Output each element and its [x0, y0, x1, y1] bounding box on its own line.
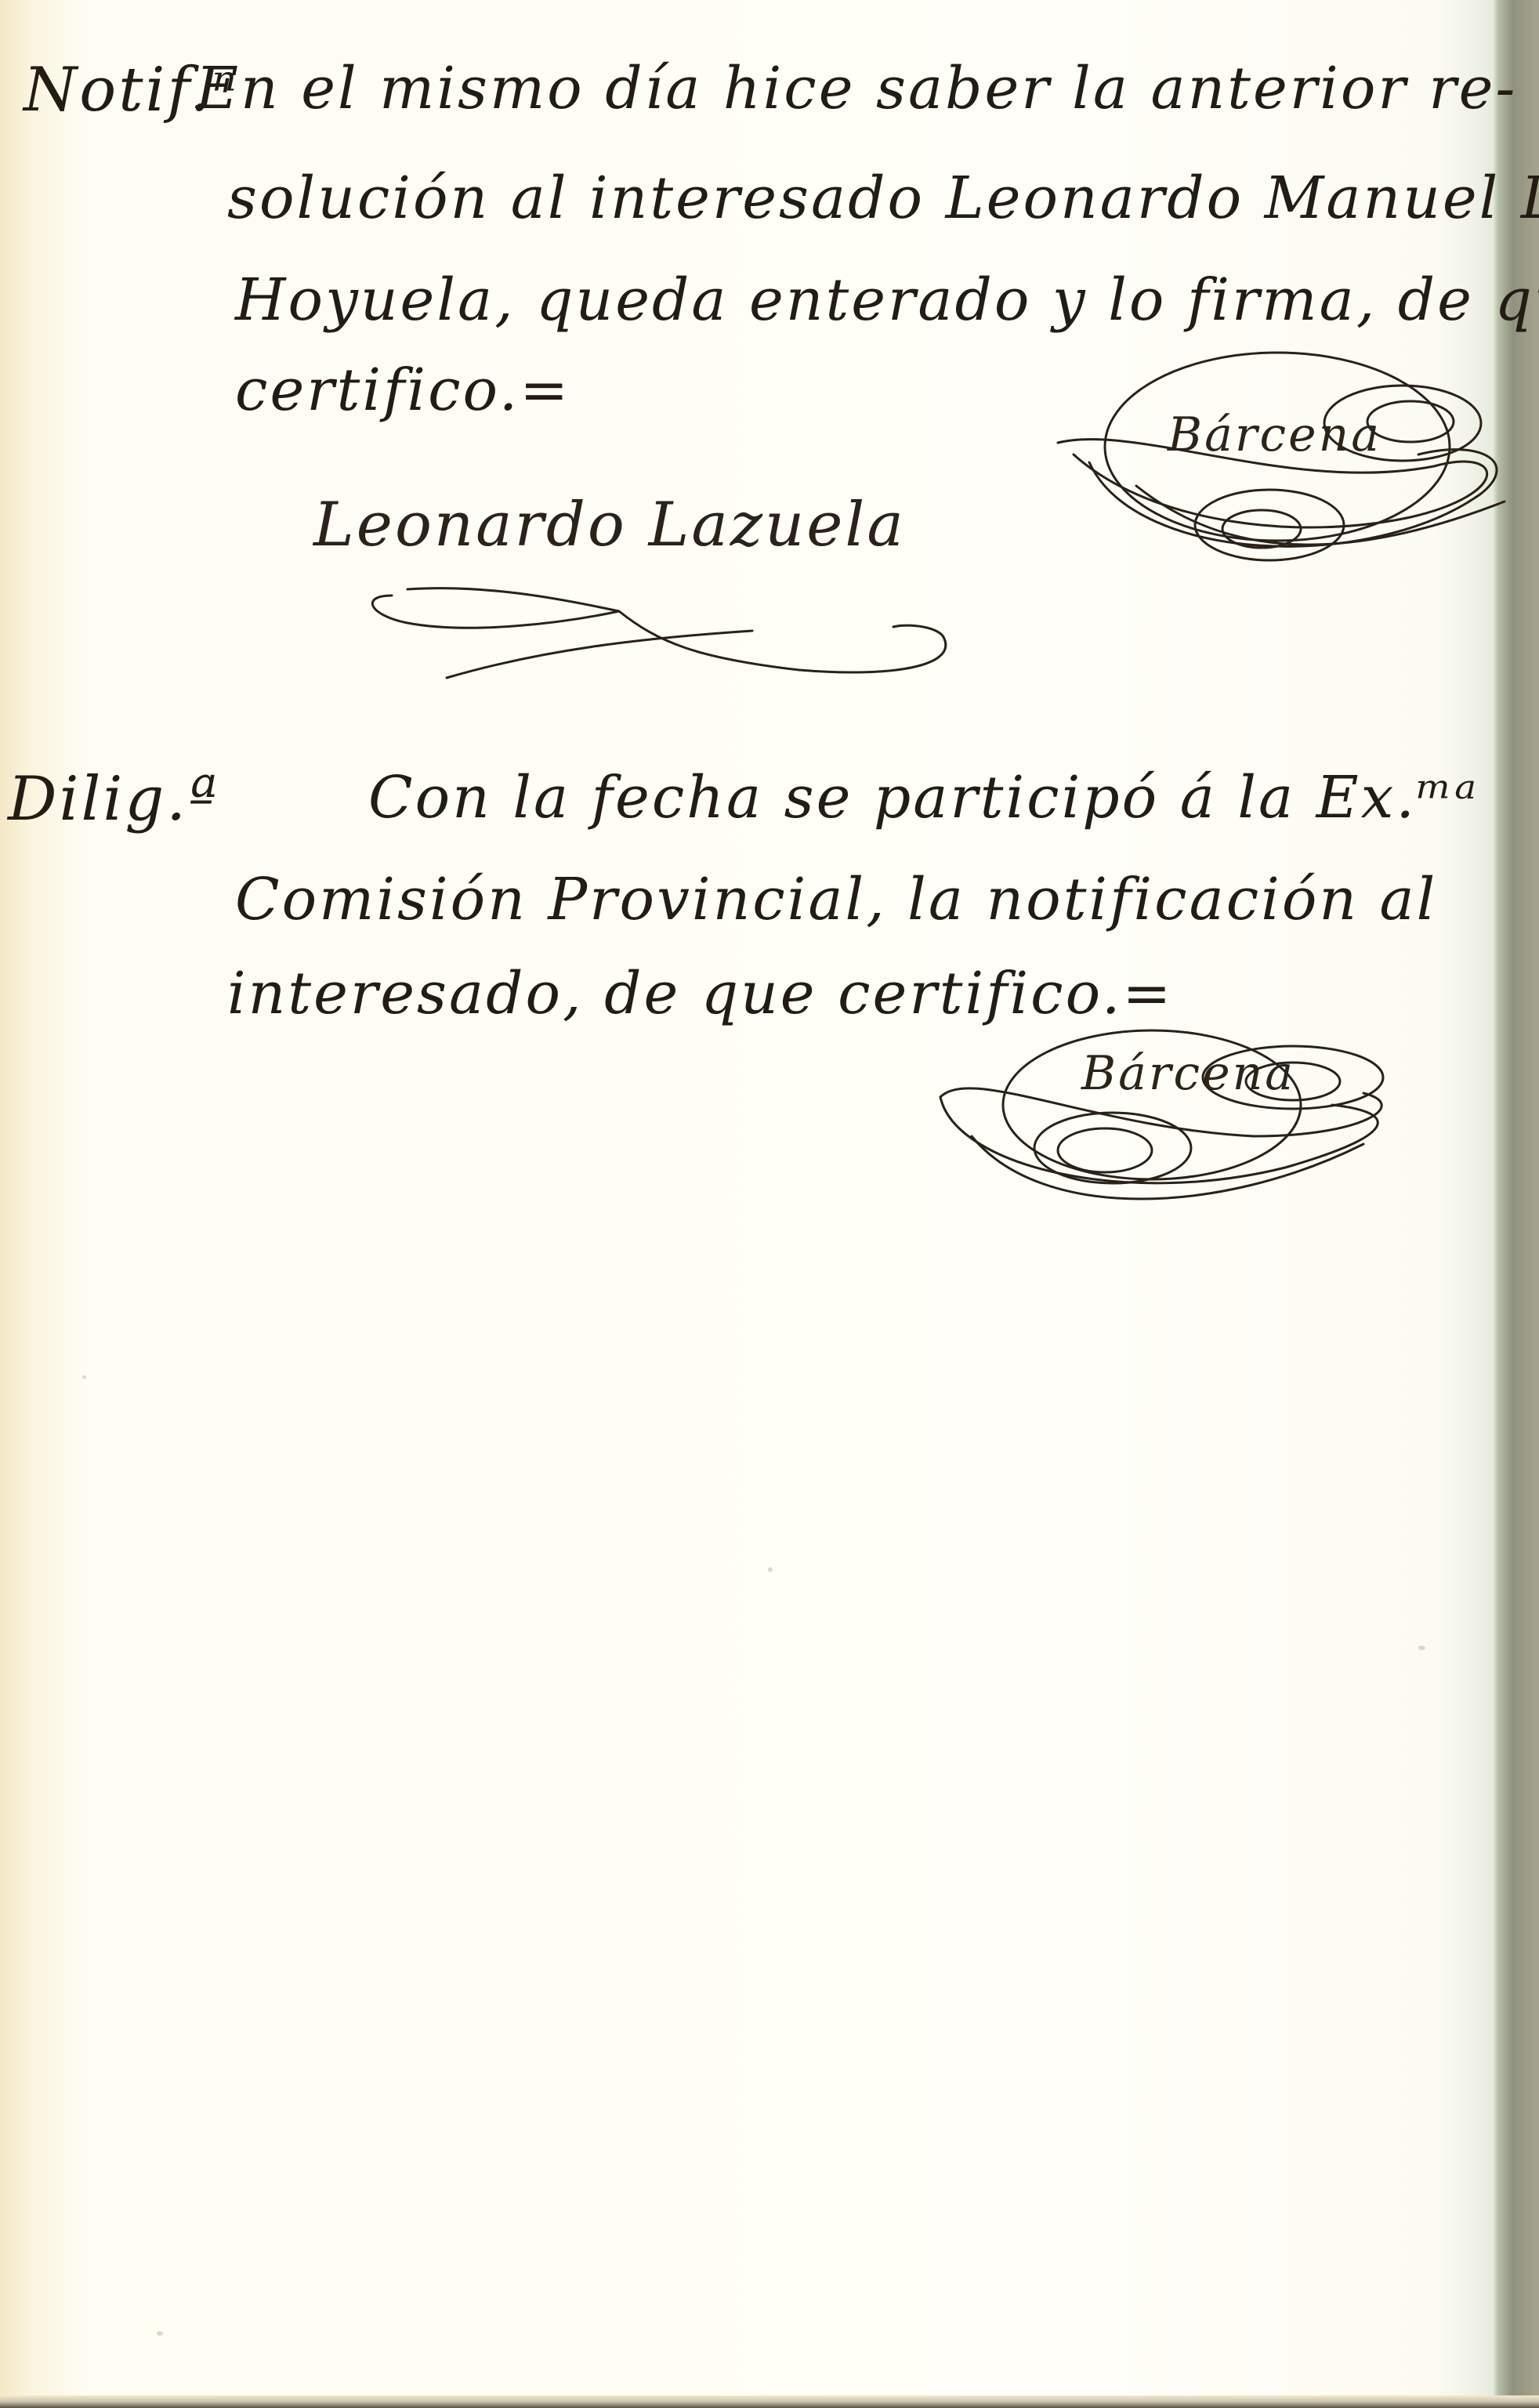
entry-1-line-2: solución al interesado Leonardo Manuel L…	[227, 165, 1539, 232]
entry-1-line-3: Hoyuela, queda enterado y lo firma, de q…	[235, 266, 1539, 334]
page-bottom-edge	[0, 2395, 1539, 2408]
entry-2-margin-label: Dilig.ª	[8, 764, 219, 835]
entry-1-line-1: En el mismo día hice saber la anterior r…	[196, 55, 1517, 122]
signature-underline-flourish-icon	[360, 580, 972, 690]
entry-2-line-2: Comisión Provincial, la notificación al	[235, 866, 1437, 933]
rubric-flourish-icon	[1042, 337, 1528, 603]
entry-1-line-4: certifico.=	[235, 357, 570, 424]
manuscript-page: Notif.ⁿ En el mismo día hice saber la an…	[0, 0, 1539, 2408]
paper-speck	[1418, 1646, 1425, 1650]
entry-2-line-3: interesado, de que certifico.=	[227, 960, 1173, 1027]
rubric-flourish-icon	[925, 1019, 1426, 1238]
entry-2-line-1: Con la fecha se participó á la Ex.ᵐᵃ	[368, 764, 1479, 831]
signature-name: Leonardo Lazuela	[313, 490, 906, 560]
paper-speck	[768, 1567, 773, 1572]
paper-speck	[157, 2331, 163, 2336]
paper-speck	[82, 1375, 86, 1379]
